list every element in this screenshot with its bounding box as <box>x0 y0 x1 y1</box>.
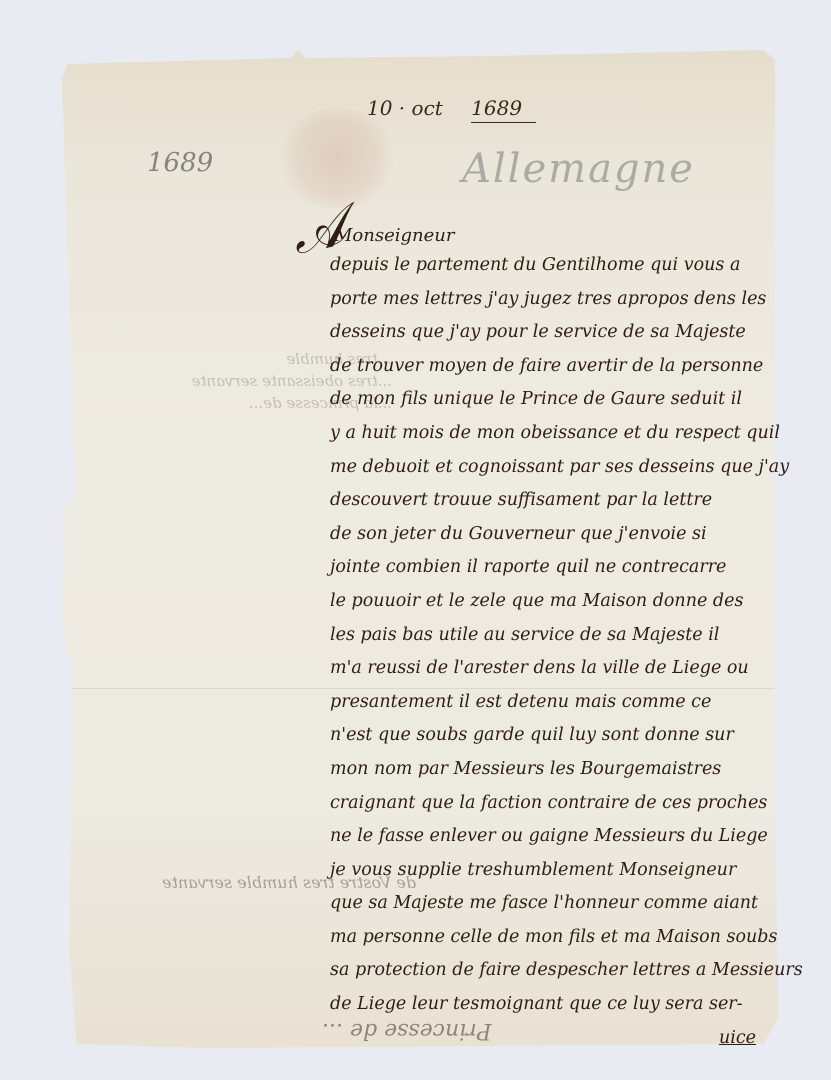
letter-line: de trouver moyen de faire avertir de la … <box>330 350 800 384</box>
date-day-month: 10 · oct <box>367 96 443 120</box>
letter-line: les pais bas utile au service de sa Maje… <box>330 619 800 653</box>
letter-line: descouvert trouue suffisament par la let… <box>330 484 800 518</box>
date-year: 1689 <box>471 96 536 123</box>
letter-line: me debuoit et cognoissant par ses dessei… <box>330 451 800 485</box>
letter-body: Monseigneur depuis le partement du Genti… <box>330 225 800 1055</box>
letter-line: craignant que la faction contraire de ce… <box>330 787 800 821</box>
salutation: Monseigneur <box>334 225 800 247</box>
letter-line: desseins que j'ay pour le service de sa … <box>330 316 800 350</box>
letter-line: porte mes lettres j'ay jugez tres apropo… <box>330 283 800 317</box>
letter-line: de son jeter du Gouverneur que j'envoie … <box>330 518 800 552</box>
letter-line: y a huit mois de mon obeissance et du re… <box>330 417 800 451</box>
letter-line: n'est que soubs garde quil luy sont donn… <box>330 719 800 753</box>
letter-line: presantement il est detenu mais comme ce <box>330 686 800 720</box>
letter-line: de mon fils unique le Prince de Gaure se… <box>330 383 800 417</box>
letter-line: jointe combien il raporte quil ne contre… <box>330 551 800 585</box>
letter-line: depuis le partement du Gentilhome qui vo… <box>330 249 800 283</box>
letter-line: je vous supplie treshumblement Monseigne… <box>330 854 800 888</box>
letter-line: que sa Majeste me fasce l'honneur comme … <box>330 887 800 921</box>
bottom-note: 10 oct 1689 <box>492 1063 564 1077</box>
pencil-year-annotation: 1689 <box>147 148 213 178</box>
date-header: 10 · oct 1689 <box>367 96 536 120</box>
letter-line: sa protection de faire despescher lettre… <box>330 954 800 988</box>
letter-line: m'a reussi de l'arester dens la ville de… <box>330 652 800 686</box>
letter-line: de Liege leur tesmoignant que ce luy ser… <box>330 988 800 1022</box>
letter-line: le pouuoir et le zele que ma Maison donn… <box>330 585 800 619</box>
letter-line: ne le fasse enlever ou gaigne Messieurs … <box>330 820 800 854</box>
letter-last-line: uice <box>330 1022 800 1056</box>
letter-line: mon nom par Messieurs les Bourgemaistres <box>330 753 800 787</box>
letter-line: ma personne celle de mon fils et ma Mais… <box>330 921 800 955</box>
pencil-heading: Allemagne <box>462 146 695 192</box>
